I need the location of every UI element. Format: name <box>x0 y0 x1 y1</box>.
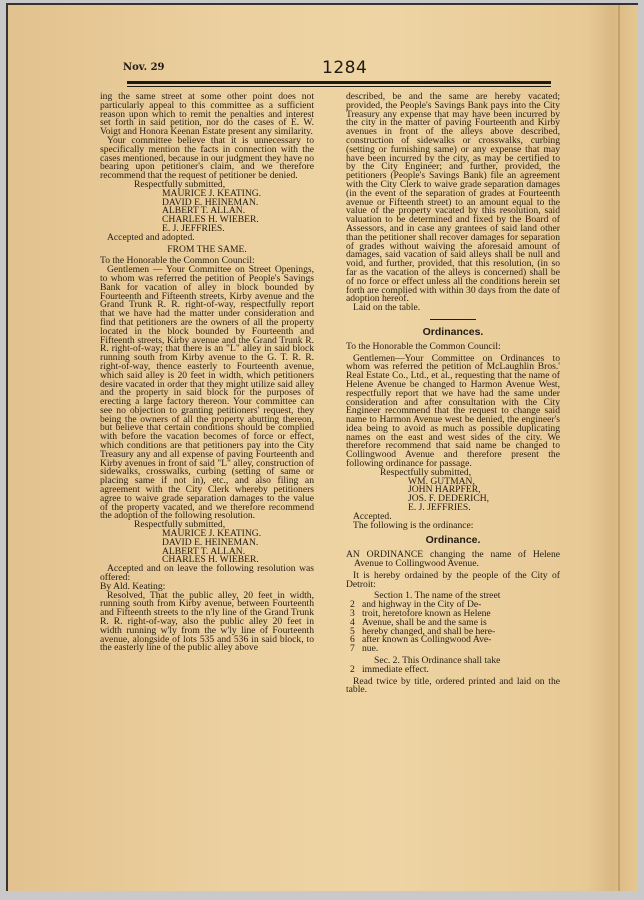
salutation: To the Honorable the Common Council: <box>346 343 560 352</box>
paragraph: Your committee believe that it is unnece… <box>100 137 314 181</box>
ordinance-intro: The following is the ordinance: <box>346 522 560 531</box>
ordinance-line: 2immediate effect. <box>346 666 560 675</box>
ordained-clause: It is hereby ordained by the people of t… <box>346 572 560 590</box>
ordinance-title: AN ORDINANCE changing the name of Helene… <box>346 551 560 569</box>
paragraph: Gentlemen — Your Committee on Street Ope… <box>100 266 314 521</box>
read-twice-note: Read twice by title, ordered printed and… <box>346 678 560 696</box>
resolution: Resolved, That the public alley, 20 feet… <box>100 592 314 654</box>
section-1: Section 1. The name of the street 2and h… <box>346 592 560 654</box>
section-heading: FROM THE SAME. <box>100 246 314 255</box>
paragraph: described, be and the same are hereby va… <box>346 93 560 304</box>
paragraph: ing the same street at some other point … <box>100 93 314 137</box>
accepted-note: Accepted and adopted. <box>100 234 314 243</box>
section-2: Sec. 2. This Ordinance shall take 2immed… <box>346 657 560 675</box>
section-heading-ordinance: Ordinance. <box>346 536 560 545</box>
paragraph: Gentlemen—Your Committee on Ordinances t… <box>346 355 560 469</box>
section-heading-ordinances: Ordinances. <box>346 328 560 337</box>
left-column: ing the same street at some other point … <box>100 93 314 653</box>
header-date: Nov. 29 <box>123 62 165 73</box>
ordinance-line: 7nue. <box>346 645 560 654</box>
section-divider <box>430 319 476 320</box>
right-column: described, be and the same are hereby va… <box>346 93 560 695</box>
header-rule-thin <box>127 86 551 87</box>
page-fold-shadow <box>618 5 620 891</box>
page-number: 1284 <box>322 58 367 78</box>
laid-on-table: Laid on the table. <box>346 304 560 313</box>
header-rule <box>127 81 551 84</box>
